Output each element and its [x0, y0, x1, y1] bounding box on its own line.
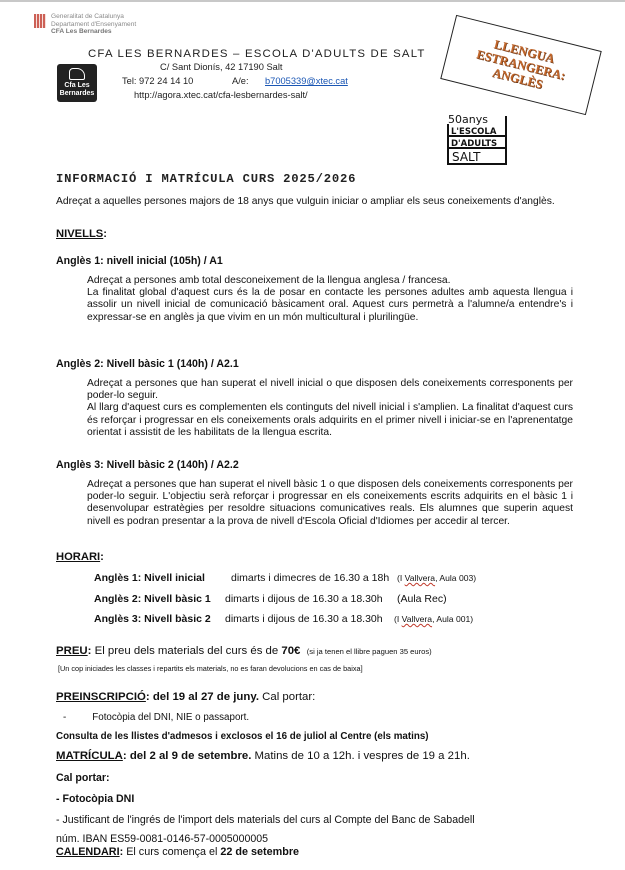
schedule-row-3: Anglès 3: Nivell bàsic 2dimarts i dijous… — [94, 613, 473, 625]
logo-text-1: Cfa Les — [57, 82, 97, 90]
school-address: C/ Sant Dionís, 42 17190 Salt — [160, 62, 283, 72]
language-stamp: LLENGUA ESTRANGERA: ANGLÈS — [440, 15, 602, 115]
gen-line-2: Departament d'Ensenyament — [51, 21, 136, 29]
svg-text:D'ADULTS: D'ADULTS — [451, 139, 497, 149]
gen-line-3: CFA Les Bernardes — [51, 28, 136, 36]
school-tel: Tel: 972 24 14 10 — [122, 76, 193, 86]
enrollment-line: MATRÍCULA: del 2 al 9 de setembre. Matin… — [56, 750, 470, 762]
catalan-flag-icon — [34, 14, 46, 28]
email-label: A/e: — [232, 76, 249, 86]
horari-heading: HORARI: — [56, 551, 104, 563]
email-link[interactable]: b7005339@xtec.cat — [265, 76, 348, 86]
website-url: http://agora.xtec.cat/cfa-lesbernardes-s… — [134, 90, 308, 100]
enrollment-item-dni: - Fotocòpia DNI — [56, 793, 134, 805]
svg-text:SALT: SALT — [452, 150, 481, 164]
cfa-logo: Cfa Les Bernardes — [57, 64, 97, 102]
schedule-row-2: Anglès 2: Nivell bàsic 1dimarts i dijous… — [94, 593, 447, 605]
logo-text-2: Bernardes — [57, 90, 97, 98]
level-3-title: Anglès 3: Nivell bàsic 2 (140h) / A2.2 — [56, 459, 239, 471]
flag-icon — [69, 68, 85, 80]
price-line: PREU: El preu dels materials del curs és… — [56, 645, 432, 657]
admitted-lists-note: Consulta de les llistes d'admesos i excl… — [56, 731, 429, 742]
gen-line-1: Generalitat de Catalunya — [51, 13, 136, 21]
generalitat-header: Generalitat de Catalunya Departament d'E… — [34, 13, 136, 36]
anniversary-logo: 50anys L'ESCOLA D'ADULTS SALT — [444, 110, 510, 166]
level-2-description: Adreçat a persones que han superat el ni… — [87, 378, 573, 439]
enrollment-item-payment: - Justificant de l'ingrés de l'import de… — [56, 814, 475, 826]
enrollment-bring-label: Cal portar: — [56, 772, 110, 784]
schedule-row-1: Anglès 1: Nivell inicialdimarts i dimecr… — [94, 572, 476, 584]
level-3-description: Adreçat a persones que han superat el ni… — [87, 479, 573, 528]
preinscription-line: PREINSCRIPCIÓ: del 19 al 27 de juny. Cal… — [56, 691, 315, 703]
page-title: INFORMACIÓ I MATRÍCULA CURS 2025/2026 — [56, 172, 356, 186]
level-2-title: Anglès 2: Nivell bàsic 1 (140h) / A2.1 — [56, 358, 239, 370]
nivells-heading: NIVELLS: — [56, 228, 107, 240]
preinscription-item: -Fotocòpia del DNI, NIE o passaport. — [63, 712, 249, 723]
intro-text: Adreçat a aquelles persones majors de 18… — [56, 196, 576, 208]
svg-text:L'ESCOLA: L'ESCOLA — [451, 127, 497, 137]
level-1-description: Adreçat a persones amb total desconeixem… — [87, 275, 573, 324]
level-1-title: Anglès 1: nivell inicial (105h) / A1 — [56, 255, 223, 267]
top-border — [0, 0, 625, 2]
svg-text:50anys: 50anys — [448, 113, 488, 126]
iban-number: núm. IBAN ES59-0081-0146-57-0005000005 — [56, 833, 268, 845]
school-title: CFA LES BERNARDES – ESCOLA D'ADULTS DE S… — [88, 48, 426, 60]
refund-disclaimer: [Un cop iniciades les classes i repartit… — [58, 664, 363, 673]
calendar-line: CALENDARI: El curs comença el 22 de sete… — [56, 846, 299, 858]
